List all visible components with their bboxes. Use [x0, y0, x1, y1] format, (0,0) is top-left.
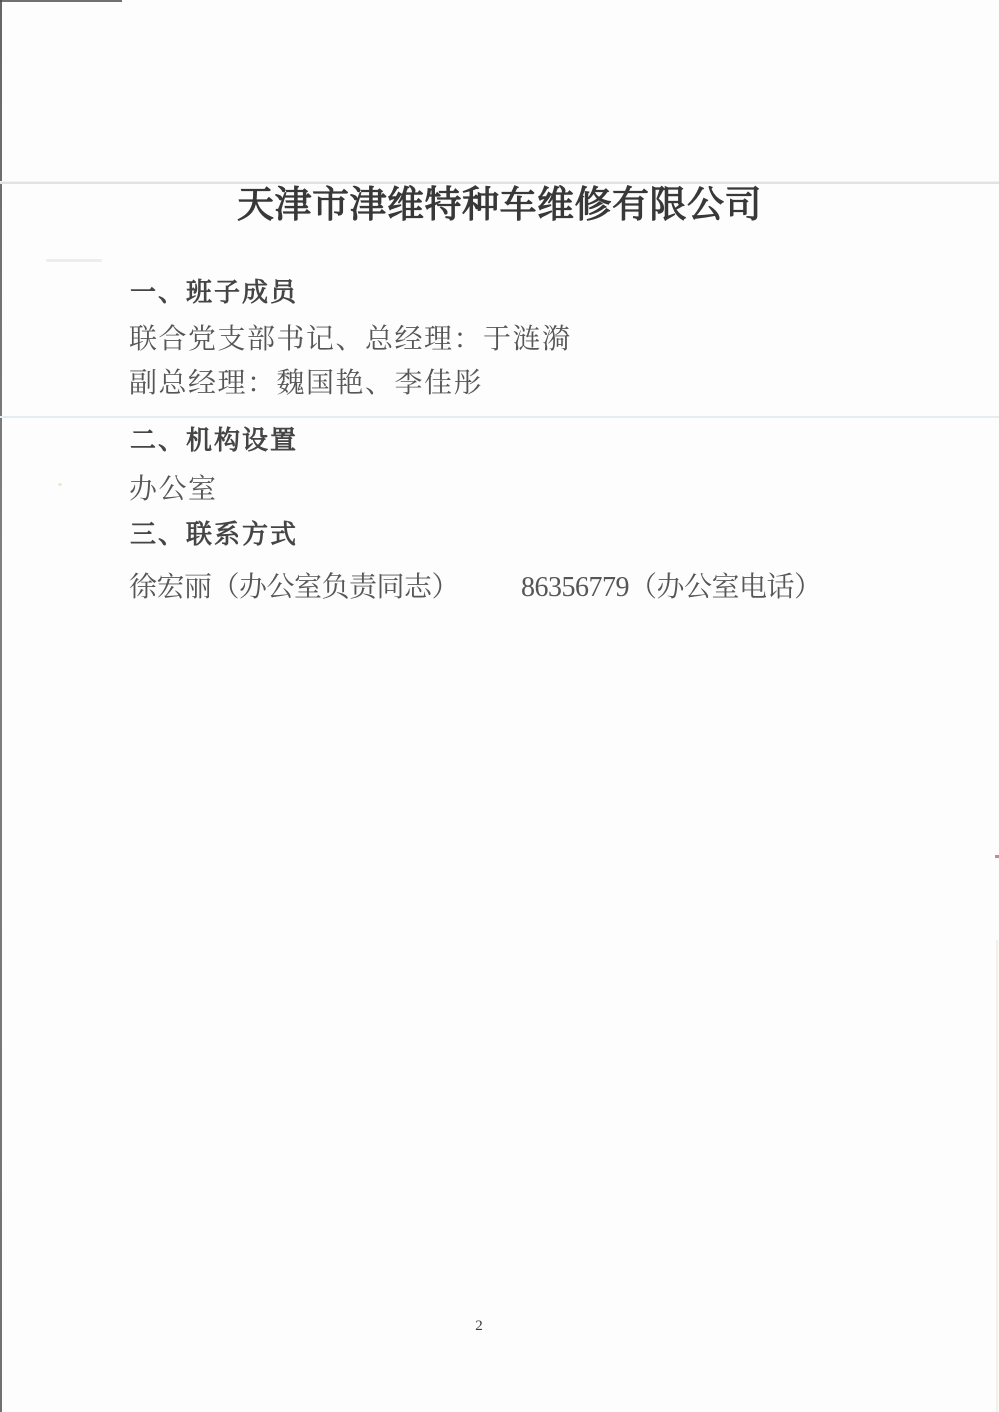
scan-speck-artifact — [58, 483, 62, 486]
section-heading-team-members: 一、班子成员 — [130, 278, 298, 308]
scan-right-edge-artifact — [996, 940, 998, 1412]
body-line-deputy-gm: 副总经理：魏国艳、李佳彤 — [129, 367, 483, 401]
page-number: 2 — [464, 1318, 494, 1335]
scan-speck-artifact — [995, 855, 999, 858]
body-line-party-secretary-gm: 联合党支部书记、总经理：于涟漪 — [129, 323, 572, 357]
scan-top-corner-artifact — [0, 0, 122, 2]
contact-line: 徐宏丽（办公室负责同志）86356779（办公室电话） — [129, 571, 822, 605]
section-heading-organization: 二、机构设置 — [130, 426, 298, 456]
body-line-office: 办公室 — [129, 473, 218, 507]
scan-smudge-artifact — [46, 259, 102, 262]
document-title: 天津市津维特种车维修有限公司 — [0, 183, 999, 229]
scan-horizontal-line-artifact — [0, 416, 999, 418]
contact-phone: 86356779（办公室电话） — [521, 572, 822, 603]
section-heading-contact: 三、联系方式 — [130, 520, 298, 550]
contact-person: 徐宏丽（办公室负责同志） — [129, 572, 459, 603]
